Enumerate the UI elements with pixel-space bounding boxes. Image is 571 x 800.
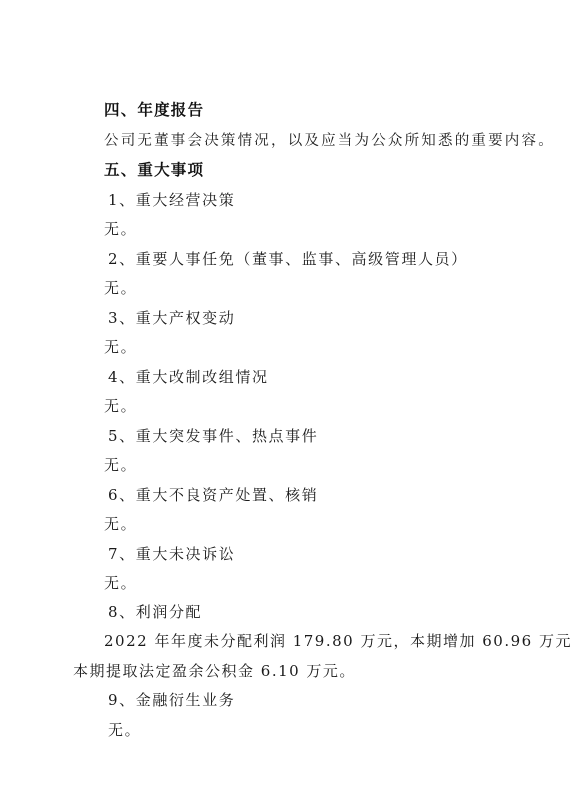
- item-title-3: 3、重大产权变动: [108, 308, 235, 328]
- section-heading-major-events: 五、重大事项: [104, 160, 204, 180]
- item-content-6: 无。: [104, 514, 137, 534]
- item-content-3: 无。: [104, 337, 137, 357]
- item-title-8: 8、利润分配: [108, 602, 202, 622]
- item-title-9: 9、金融衍生业务: [108, 690, 235, 710]
- item-content-2: 无。: [104, 278, 137, 298]
- item-title-7: 7、重大未决诉讼: [108, 544, 235, 564]
- item-content-8-line2: 本期提取法定盈余公积金 6.10 万元。: [73, 661, 356, 681]
- item-content-4: 无。: [104, 396, 137, 416]
- item-title-2: 2、重要人事任免（董事、监事、高级管理人员）: [108, 249, 468, 269]
- item-content-7: 无。: [104, 573, 137, 593]
- item-title-4: 4、重大改制改组情况: [108, 367, 269, 387]
- section-heading-annual-report: 四、年度报告: [104, 100, 204, 120]
- item-title-1: 1、重大经营决策: [108, 190, 235, 210]
- item-content-1: 无。: [104, 219, 137, 239]
- item-content-5: 无。: [104, 455, 137, 475]
- item-title-5: 5、重大突发事件、热点事件: [108, 426, 318, 446]
- item-content-9: 无。: [108, 720, 141, 740]
- item-title-6: 6、重大不良资产处置、核销: [108, 485, 318, 505]
- annual-report-paragraph: 公司无董事会决策情况，以及应当为公众所知悉的重要内容。: [104, 131, 555, 151]
- item-content-8-line1: 2022 年年度未分配利润 179.80 万元，本期增加 60.96 万元，: [104, 631, 571, 651]
